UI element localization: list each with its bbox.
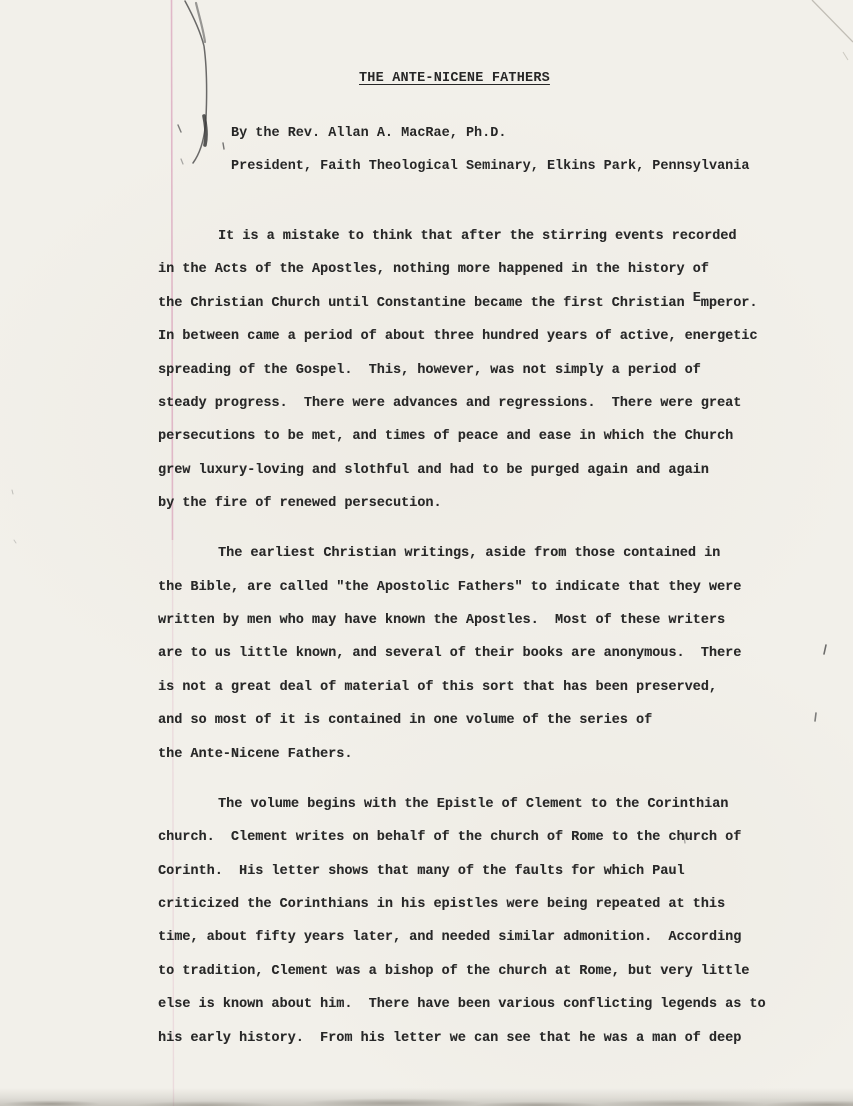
pencil-mark bbox=[185, 1, 207, 163]
raised-typewriter-char: E bbox=[693, 291, 701, 306]
text-line: The earliest Christian writings, aside f… bbox=[158, 537, 818, 570]
scanned-typewritten-page: THE ANTE-NICENE FATHERS By the Rev. Alla… bbox=[0, 0, 853, 1106]
text-line: The volume begins with the Epistle of Cl… bbox=[158, 788, 818, 821]
text-line: Corinth. His letter shows that many of t… bbox=[158, 855, 818, 888]
byline-block: By the Rev. Allan A. MacRae, Ph.D. Presi… bbox=[231, 126, 749, 175]
text-line: In between came a period of about three … bbox=[158, 320, 818, 353]
paragraph-2: The earliest Christian writings, aside f… bbox=[158, 537, 818, 771]
text-line: It is a mistake to think that after the … bbox=[158, 220, 818, 253]
text-line: else is known about him. There have been… bbox=[158, 988, 818, 1021]
author-affiliation: President, Faith Theological Seminary, E… bbox=[231, 159, 749, 175]
document-body: It is a mistake to think that after the … bbox=[158, 220, 818, 1072]
text-line: steady progress. There were advances and… bbox=[158, 387, 818, 420]
text-line: is not a great deal of material of this … bbox=[158, 671, 818, 704]
text-line: by the fire of renewed persecution. bbox=[158, 487, 818, 520]
text-line: written by men who may have known the Ap… bbox=[158, 604, 818, 637]
document-title: THE ANTE-NICENE FATHERS bbox=[359, 71, 550, 86]
text-line: spreading of the Gospel. This, however, … bbox=[158, 354, 818, 387]
text-line: criticized the Corinthians in his epistl… bbox=[158, 888, 818, 921]
text-line: the Bible, are called "the Apostolic Fat… bbox=[158, 571, 818, 604]
author-byline: By the Rev. Allan A. MacRae, Ph.D. bbox=[231, 126, 749, 142]
corner-crease-mark bbox=[812, 0, 853, 60]
paragraph-3: The volume begins with the Epistle of Cl… bbox=[158, 788, 818, 1055]
text-line: time, about fifty years later, and neede… bbox=[158, 921, 818, 954]
text-segment: mperor. bbox=[701, 296, 758, 311]
text-line: in the Acts of the Apostles, nothing mor… bbox=[158, 253, 818, 286]
scan-bottom-edge bbox=[0, 1088, 853, 1106]
text-line: church. Clement writes on behalf of the … bbox=[158, 821, 818, 854]
text-line: his early history. From his letter we ca… bbox=[158, 1022, 818, 1055]
paragraph-1: It is a mistake to think that after the … bbox=[158, 220, 818, 521]
text-line: are to us little known, and several of t… bbox=[158, 637, 818, 670]
text-line: persecutions to be met, and times of pea… bbox=[158, 420, 818, 453]
text-line: the Ante-Nicene Fathers. bbox=[158, 738, 818, 771]
text-line: to tradition, Clement was a bishop of th… bbox=[158, 955, 818, 988]
text-line: and so most of it is contained in one vo… bbox=[158, 704, 818, 737]
text-line: grew luxury-loving and slothful and had … bbox=[158, 454, 818, 487]
text-line: the Christian Church until Constantine b… bbox=[158, 287, 818, 320]
text-segment: the Christian Church until Constantine b… bbox=[158, 296, 693, 311]
